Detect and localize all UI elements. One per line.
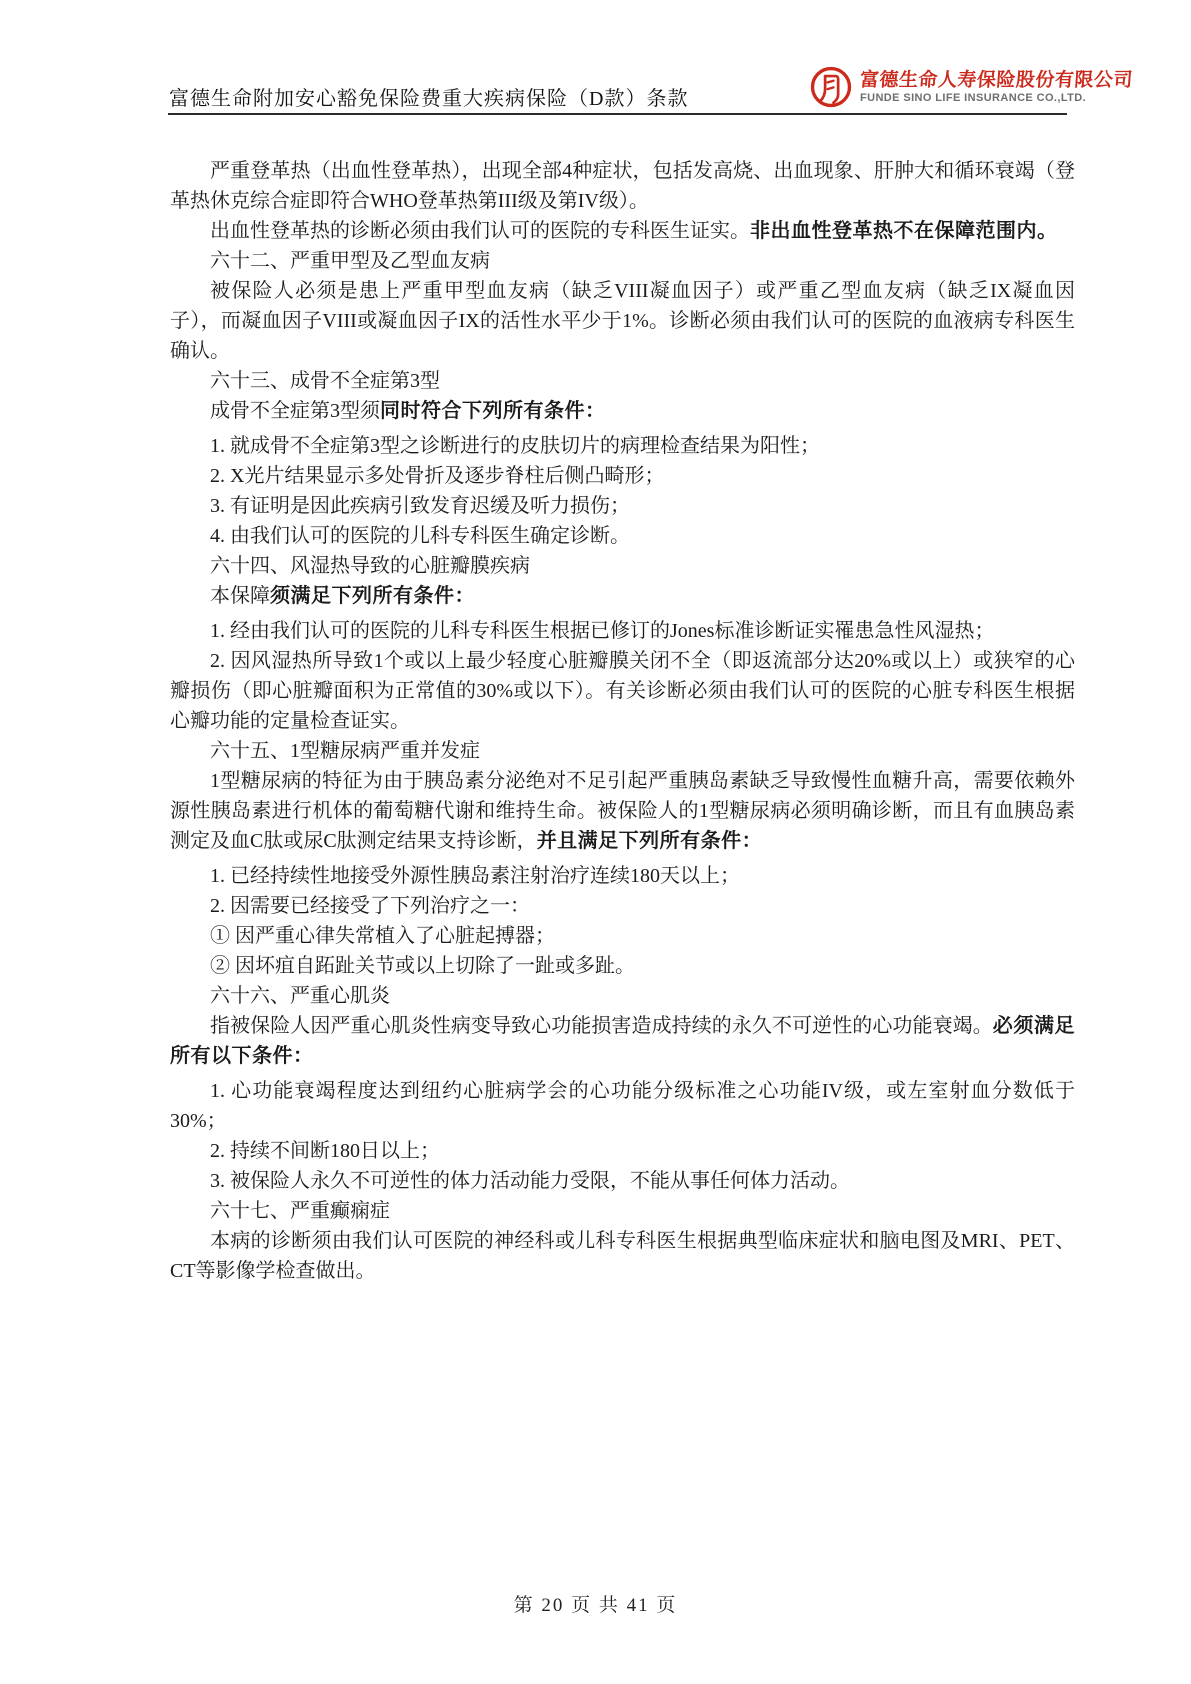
list-item: 1. 心功能衰竭程度达到纽约心脏病学会的心功能分级标准之心功能IV级，或左室射血… <box>170 1076 1075 1136</box>
list-item: 2. 因风湿热所导致1个或以上最少轻度心脏瓣膜关闭不全（即返流部分达20%或以上… <box>170 646 1075 736</box>
paragraph: 被保险人必须是患上严重甲型血友病（缺乏VIII凝血因子）或严重乙型血友病（缺乏I… <box>170 276 1075 366</box>
text-run: 1. 经由我们认可的医院的儿科专科医生根据已修订的Jones标准诊断证实罹患急性… <box>210 620 994 642</box>
paragraph: 出血性登革热的诊断必须由我们认可的医院的专科医生证实。非出血性登革热不在保障范围… <box>170 216 1075 246</box>
paragraph: 成骨不全症第3型须同时符合下列所有条件： <box>170 396 1075 426</box>
list-item: 4. 由我们认可的医院的儿科专科医生确定诊断。 <box>170 521 1075 551</box>
text-run: 成骨不全症第3型须 <box>210 400 380 422</box>
list-item: 2. X光片结果显示多处骨折及逐步脊柱后侧凸畸形； <box>170 461 1075 491</box>
company-logo: 富德生命人寿保险股份有限公司 FUNDE SINO LIFE INSURANCE… <box>810 64 1070 112</box>
document-title: 富德生命附加安心豁免保险费重大疾病保险（D款）条款 <box>169 82 688 111</box>
text-run: 六十五、1型糖尿病严重并发症 <box>210 740 480 762</box>
text-run: ② 因坏疽自跖趾关节或以上切除了一趾或多趾。 <box>210 955 635 977</box>
text-run: 被保险人必须是患上严重甲型血友病（缺乏VIII凝血因子）或严重乙型血友病（缺乏I… <box>170 280 1075 362</box>
section-heading: 六十四、风湿热导致的心脏瓣膜疾病 <box>170 551 1075 581</box>
paragraph: 本保障须满足下列所有条件： <box>170 581 1075 611</box>
text-run: 六十四、风湿热导致的心脏瓣膜疾病 <box>210 555 530 577</box>
text-run: 六十七、严重癫痫症 <box>210 1200 390 1222</box>
list-item: 1. 已经持续性地接受外源性胰岛素注射治疗连续180天以上； <box>170 861 1075 891</box>
text-run: 六十二、严重甲型及乙型血友病 <box>210 250 490 272</box>
text-run: 2. 因需要已经接受了下列治疗之一： <box>210 895 530 917</box>
document-page: 富德生命附加安心豁免保险费重大疾病保险（D款）条款 富德生命人寿保险股份有限公司… <box>0 0 1191 1684</box>
text-run: 2. 因风湿热所导致1个或以上最少轻度心脏瓣膜关闭不全（即返流部分达20%或以上… <box>170 650 1075 732</box>
section-heading: 六十三、成骨不全症第3型 <box>170 366 1075 396</box>
section-heading: 六十七、严重癫痫症 <box>170 1196 1075 1226</box>
company-name-english: FUNDE SINO LIFE INSURANCE CO.,LTD. <box>860 92 1086 104</box>
text-run: 严重登革热（出血性登革热），出现全部4种症状，包括发高烧、出血现象、肝肿大和循环… <box>170 160 1075 212</box>
header-divider <box>168 113 1067 115</box>
text-run: 指被保险人因严重心肌炎性病变导致心功能损害造成持续的永久不可逆性的心功能衰竭。 <box>210 1015 993 1037</box>
list-item: 1. 就成骨不全症第3型之诊断进行的皮肤切片的病理检查结果为阳性； <box>170 431 1075 461</box>
list-item: 2. 因需要已经接受了下列治疗之一： <box>170 891 1075 921</box>
paragraph: 本病的诊断须由我们认可医院的神经科或儿科专科医生根据典型临床症状和脑电图及MRI… <box>170 1226 1075 1286</box>
list-item: 2. 持续不间断180日以上； <box>170 1136 1075 1166</box>
paragraph: 1型糖尿病的特征为由于胰岛素分泌绝对不足引起严重胰岛素缺乏导致慢性血糖升高，需要… <box>170 766 1075 856</box>
page-number: 第 20 页 共 41 页 <box>0 1590 1191 1617</box>
list-item: 3. 被保险人永久不可逆性的体力活动能力受限，不能从事任何体力活动。 <box>170 1166 1075 1196</box>
list-item: 3. 有证明是因此疾病引致发育迟缓及听力损伤； <box>170 491 1075 521</box>
company-name-chinese: 富德生命人寿保险股份有限公司 <box>859 65 1134 92</box>
text-run: 1. 就成骨不全症第3型之诊断进行的皮肤切片的病理检查结果为阳性； <box>210 435 820 457</box>
text-run: 六十三、成骨不全症第3型 <box>210 370 440 392</box>
text-run: 本保障 <box>210 585 270 607</box>
paragraph: 严重登革热（出血性登革热），出现全部4种症状，包括发高烧、出血现象、肝肿大和循环… <box>170 156 1075 216</box>
text-run: 4. 由我们认可的医院的儿科专科医生确定诊断。 <box>210 525 630 547</box>
bold-run: 非出血性登革热不在保障范围内。 <box>750 220 1058 242</box>
text-run: 3. 被保险人永久不可逆性的体力活动能力受限，不能从事任何体力活动。 <box>210 1170 850 1192</box>
document-body: 严重登革热（出血性登革热），出现全部4种症状，包括发高烧、出血现象、肝肿大和循环… <box>170 150 1075 1286</box>
text-run: 1. 心功能衰竭程度达到纽约心脏病学会的心功能分级标准之心功能IV级，或左室射血… <box>170 1080 1075 1132</box>
section-heading: 六十二、严重甲型及乙型血友病 <box>170 246 1075 276</box>
bold-run: 并且满足下列所有条件： <box>537 830 763 852</box>
text-run: 六十六、严重心肌炎 <box>210 985 390 1007</box>
list-item: ② 因坏疽自跖趾关节或以上切除了一趾或多趾。 <box>170 951 1075 981</box>
text-run: 出血性登革热的诊断必须由我们认可的医院的专科医生证实。 <box>210 220 750 242</box>
text-run: 2. 持续不间断180日以上； <box>210 1140 440 1162</box>
list-item: 1. 经由我们认可的医院的儿科专科医生根据已修订的Jones标准诊断证实罹患急性… <box>170 616 1075 646</box>
bold-run: 须满足下列所有条件： <box>270 585 475 607</box>
text-run: 本病的诊断须由我们认可医院的神经科或儿科专科医生根据典型临床症状和脑电图及MRI… <box>170 1230 1075 1282</box>
text-run: 1. 已经持续性地接受外源性胰岛素注射治疗连续180天以上； <box>210 865 740 887</box>
bold-run: 同时符合下列所有条件： <box>380 400 606 422</box>
paragraph: 指被保险人因严重心肌炎性病变导致心功能损害造成持续的永久不可逆性的心功能衰竭。必… <box>170 1011 1075 1071</box>
section-heading: 六十六、严重心肌炎 <box>170 981 1075 1011</box>
funde-seal-icon <box>810 66 852 108</box>
text-run: 2. X光片结果显示多处骨折及逐步脊柱后侧凸畸形； <box>210 465 664 487</box>
text-run: ① 因严重心律失常植入了心脏起搏器； <box>210 925 555 947</box>
text-run: 3. 有证明是因此疾病引致发育迟缓及听力损伤； <box>210 495 630 517</box>
section-heading: 六十五、1型糖尿病严重并发症 <box>170 736 1075 766</box>
list-item: ① 因严重心律失常植入了心脏起搏器； <box>170 921 1075 951</box>
